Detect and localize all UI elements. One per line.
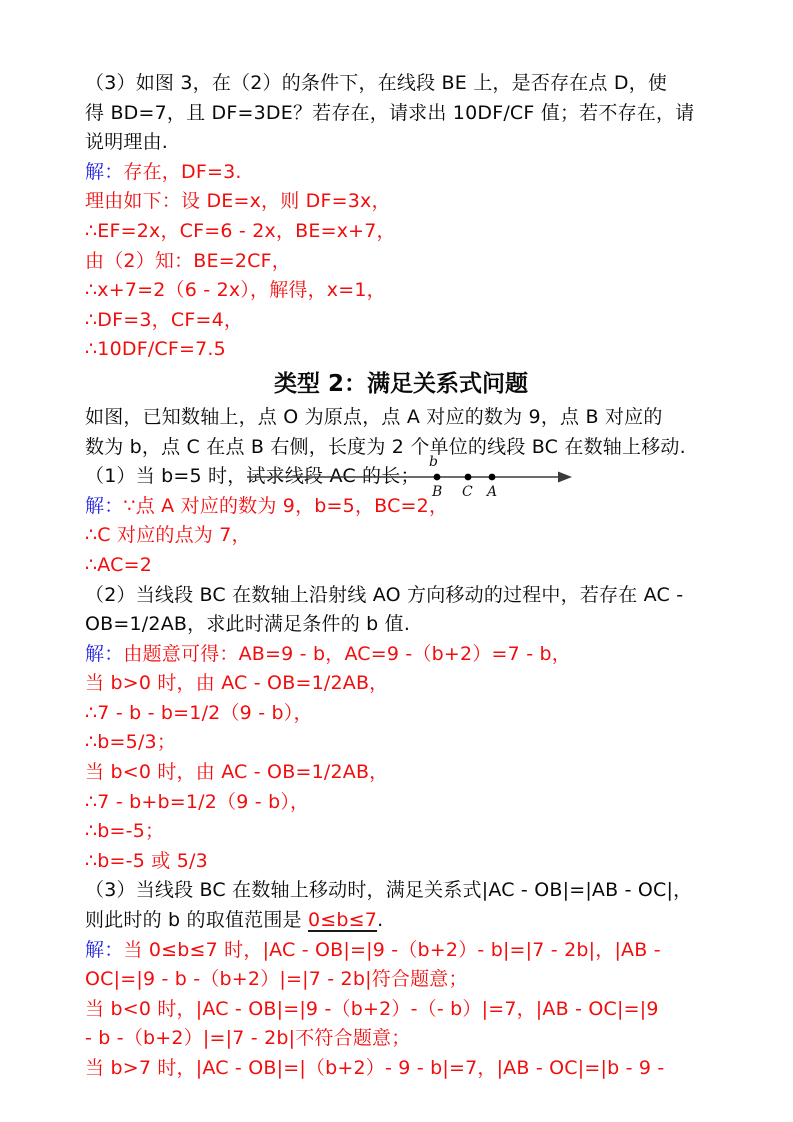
text-line: 如图，已知数轴上，点 O 为原点，点 A 对应的数为 9，点 B 对应的 bbox=[85, 403, 717, 433]
text-segment: 当 b<0 时，由 AC - OB=1/2AB， bbox=[85, 761, 388, 783]
text-line: ∴AC=2 bbox=[85, 551, 717, 581]
text-segment: ∴7 - b - b=1/2（9 - b）， bbox=[85, 702, 313, 724]
text-segment: 则此时的 b 的取值范围是 bbox=[85, 909, 308, 931]
text-line: 得 BD=7，且 DF=3DE？若存在，请求出 10DF/CF 值；若不存在，请 bbox=[85, 99, 717, 129]
text-segment: （3）当线段 BC 在数轴上移动时，满足关系式|AC - OB|=|AB - O… bbox=[85, 879, 692, 901]
text-line: 当 b<0 时，由 AC - OB=1/2AB， bbox=[85, 758, 717, 788]
text-segment: ∵点 A 对应的数为 9，b=5，BC=2， bbox=[123, 495, 448, 517]
text-segment: . bbox=[377, 909, 383, 931]
text-segment: 当 b<0 时，|AC - OB|=|9 -（b+2）-（- b）|=7，|AB… bbox=[85, 998, 659, 1020]
answer-underlined: 0≤b≤7 bbox=[308, 909, 377, 931]
text-line: 解：∵点 A 对应的数为 9，b=5，BC=2， bbox=[85, 492, 717, 522]
text-line: ∴x+7=2（6 - 2x），解得，x=1， bbox=[85, 276, 717, 306]
text-segment: 当 0≤b≤7 时，|AC - OB|=|9 -（b+2）- b|=|7 - 2… bbox=[123, 939, 660, 961]
text-segment: 由题意可得：AB=9 - b，AC=9 -（b+2）=7 - b， bbox=[123, 643, 571, 665]
text-segment: 得 BD=7，且 DF=3DE？若存在，请求出 10DF/CF 值；若不存在，请 bbox=[85, 102, 694, 124]
text-line: ∴7 - b - b=1/2（9 - b）， bbox=[85, 699, 717, 729]
text-line: 当 b>7 时，|AC - OB|=|（b+2）- 9 - b|=7，|AB -… bbox=[85, 1054, 717, 1084]
text-segment: OB=1/2AB，求此时满足条件的 b 值. bbox=[85, 613, 410, 635]
text-line: ∴10DF/CF=7.5 bbox=[85, 335, 717, 365]
text-line: ∴7 - b+b=1/2（9 - b）， bbox=[85, 788, 717, 818]
text-line: 理由如下：设 DE=x，则 DF=3x， bbox=[85, 187, 717, 217]
text-line: 当 b>0 时，由 AC - OB=1/2AB， bbox=[85, 669, 717, 699]
text-line: 由（2）知：BE=2CF， bbox=[85, 247, 717, 277]
text-line: （3）如图 3，在（2）的条件下，在线段 BE 上，是否存在点 D，使 bbox=[85, 69, 717, 99]
text-segment: ∴b=-5； bbox=[85, 820, 164, 842]
text-segment: 当 b>0 时，由 AC - OB=1/2AB， bbox=[85, 672, 388, 694]
text-segment: ∴C 对应的点为 7， bbox=[85, 524, 251, 546]
section-heading: 类型 2：满足关系式问题 bbox=[85, 365, 717, 403]
text-segment: （1）当 b=5 时，试求线段 AC 的长； bbox=[85, 465, 420, 487]
text-segment: 如图，已知数轴上，点 O 为原点，点 A 对应的数为 9，点 B 对应的 bbox=[85, 406, 663, 428]
document-page: （3）如图 3，在（2）的条件下，在线段 BE 上，是否存在点 D，使得 BD=… bbox=[0, 0, 793, 1122]
text-line: ∴DF=3，CF=4， bbox=[85, 306, 717, 336]
text-line: ∴b=5/3； bbox=[85, 728, 717, 758]
text-line: 解：存在，DF=3. bbox=[85, 158, 717, 188]
text-segment: - b -（b+2）|=|7 - 2b|不符合题意； bbox=[85, 1027, 410, 1049]
text-segment: ∴b=5/3； bbox=[85, 731, 176, 753]
text-line: （1）当 b=5 时，试求线段 AC 的长； bbox=[85, 462, 717, 492]
text-segment: 当 b>7 时，|AC - OB|=|（b+2）- 9 - b|=7，|AB -… bbox=[85, 1057, 664, 1079]
text-segment: 数为 b，点 C 在点 B 右侧，长度为 2 个单位的线段 BC 在数轴上移动. bbox=[85, 436, 686, 458]
text-segment: 解： bbox=[85, 939, 123, 961]
text-line: ∴EF=2x，CF=6 - 2x，BE=x+7， bbox=[85, 217, 717, 247]
text-line: OB=1/2AB，求此时满足条件的 b 值. bbox=[85, 610, 717, 640]
text-segment: ∴10DF/CF=7.5 bbox=[85, 338, 226, 360]
text-segment: 类型 2：满足关系式问题 bbox=[274, 371, 528, 397]
text-line: 说明理由. bbox=[85, 128, 717, 158]
text-segment: 解： bbox=[85, 495, 123, 517]
text-segment: 由（2）知：BE=2CF， bbox=[85, 250, 291, 272]
document-body: （3）如图 3，在（2）的条件下，在线段 BE 上，是否存在点 D，使得 BD=… bbox=[85, 69, 717, 1084]
text-segment: （3）如图 3，在（2）的条件下，在线段 BE 上，是否存在点 D，使 bbox=[85, 72, 667, 94]
text-line: （2）当线段 BC 在数轴上沿射线 AO 方向移动的过程中，若存在 AC - bbox=[85, 581, 717, 611]
text-line: OC|=|9 - b -（b+2）|=|7 - 2b|符合题意； bbox=[85, 965, 717, 995]
text-segment: 理由如下：设 DE=x，则 DF=3x， bbox=[85, 190, 391, 212]
text-line: 当 b<0 时，|AC - OB|=|9 -（b+2）-（- b）|=7，|AB… bbox=[85, 995, 717, 1025]
text-line: ∴C 对应的点为 7， bbox=[85, 521, 717, 551]
text-segment: 解： bbox=[85, 161, 123, 183]
text-line: 则此时的 b 的取值范围是 0≤b≤7. bbox=[85, 906, 717, 936]
text-segment: ∴7 - b+b=1/2（9 - b）， bbox=[85, 791, 309, 813]
text-line: - b -（b+2）|=|7 - 2b|不符合题意； bbox=[85, 1024, 717, 1054]
text-segment: OC|=|9 - b -（b+2）|=|7 - 2b|符合题意； bbox=[85, 968, 468, 990]
text-line: （3）当线段 BC 在数轴上移动时，满足关系式|AC - OB|=|AB - O… bbox=[85, 876, 717, 906]
text-segment: （2）当线段 BC 在数轴上沿射线 AO 方向移动的过程中，若存在 AC - bbox=[85, 584, 683, 606]
text-line: 解：由题意可得：AB=9 - b，AC=9 -（b+2）=7 - b， bbox=[85, 640, 717, 670]
text-line: ∴b=-5； bbox=[85, 817, 717, 847]
text-segment: ∴x+7=2（6 - 2x），解得，x=1， bbox=[85, 279, 386, 301]
text-line: 解：当 0≤b≤7 时，|AC - OB|=|9 -（b+2）- b|=|7 -… bbox=[85, 936, 717, 966]
text-segment: 存在，DF=3. bbox=[123, 161, 241, 183]
text-segment: 说明理由. bbox=[85, 131, 168, 153]
text-segment: ∴AC=2 bbox=[85, 554, 152, 576]
text-line: ∴b=-5 或 5/3 bbox=[85, 847, 717, 877]
text-segment: ∴DF=3，CF=4， bbox=[85, 309, 243, 331]
text-line: 数为 b，点 C 在点 B 右侧，长度为 2 个单位的线段 BC 在数轴上移动. bbox=[85, 433, 717, 463]
text-segment: 解： bbox=[85, 643, 123, 665]
text-segment: ∴EF=2x，CF=6 - 2x，BE=x+7， bbox=[85, 220, 396, 242]
text-segment: ∴b=-5 或 5/3 bbox=[85, 850, 208, 872]
